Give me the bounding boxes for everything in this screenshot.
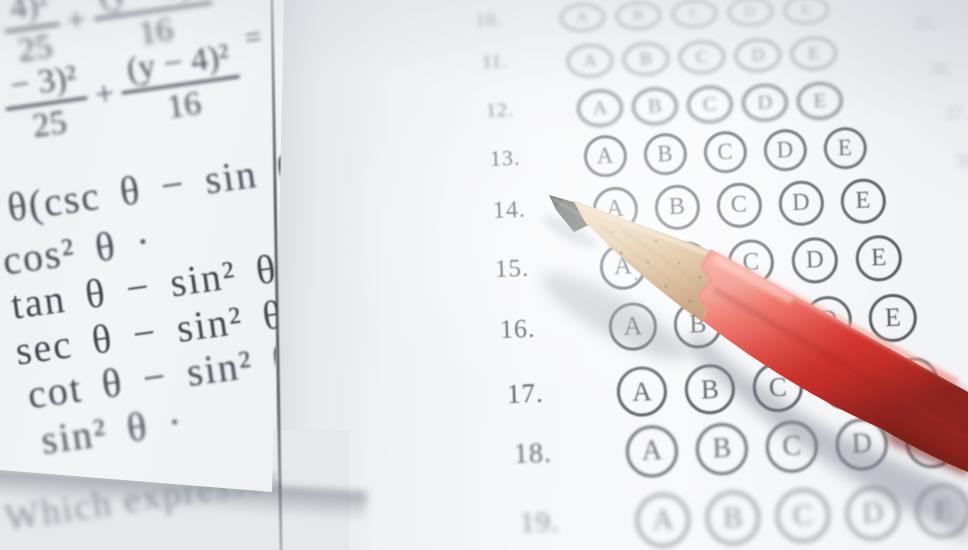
red-pencil [0,0,968,550]
photo-scene: Which expresses 4)²25+(y − 2)²16= 1 − 3)… [0,0,968,550]
pencil-facet-ridge [714,289,968,437]
